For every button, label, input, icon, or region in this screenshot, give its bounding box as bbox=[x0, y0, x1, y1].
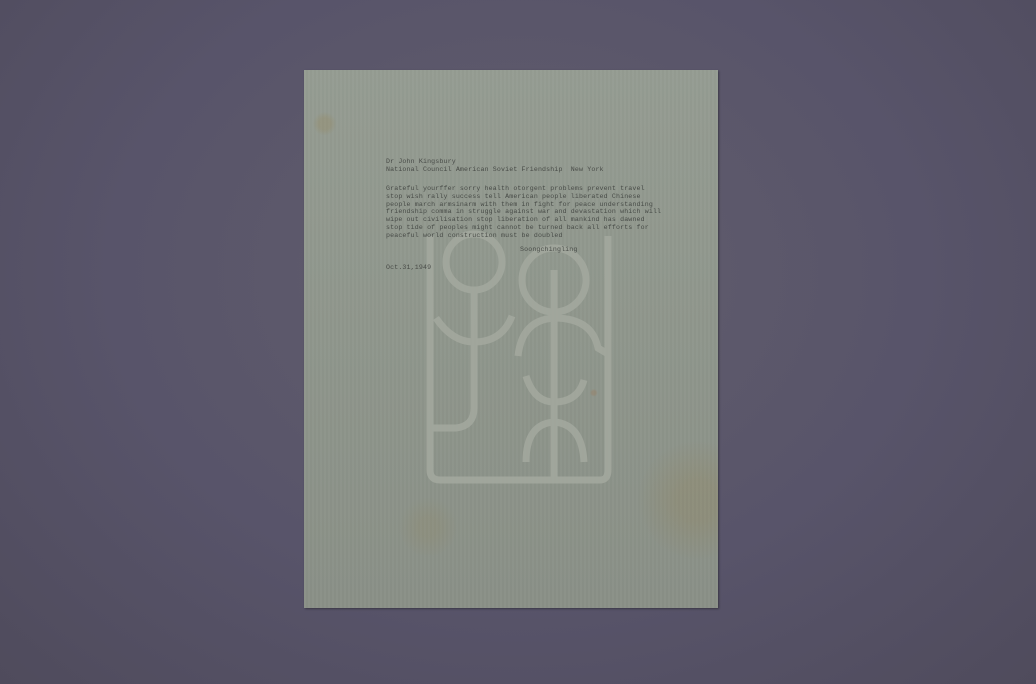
body-line: stop wish rally success tell American pe… bbox=[386, 193, 641, 200]
seal-watermark-icon bbox=[422, 230, 614, 484]
telegram-body: Grateful yourffer sorry health otorgent … bbox=[386, 185, 661, 240]
body-line: peaceful world construction must be doub… bbox=[386, 232, 563, 239]
letter-date: Oct.31,1949 bbox=[386, 264, 431, 272]
body-line: Grateful yourffer sorry health otorgent … bbox=[386, 185, 645, 192]
recipient-address: Dr John Kingsbury National Council Ameri… bbox=[386, 158, 604, 174]
recipient-organization: National Council American Soviet Friends… bbox=[386, 166, 604, 173]
body-line: stop tide of peoples might cannot be tur… bbox=[386, 224, 649, 231]
letter-page: Dr John Kingsbury National Council Ameri… bbox=[304, 70, 718, 608]
signature: Soongchingling bbox=[520, 246, 578, 254]
body-line: people march armsinarm with them in figh… bbox=[386, 201, 653, 208]
body-line: friendship comma in struggle against war… bbox=[386, 208, 661, 215]
body-line: wipe out civilisation stop liberation of… bbox=[386, 216, 645, 223]
recipient-name: Dr John Kingsbury bbox=[386, 158, 456, 165]
